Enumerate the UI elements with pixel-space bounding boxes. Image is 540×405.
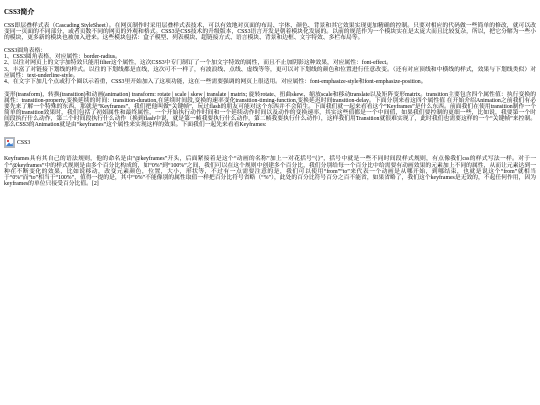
- broken-image-icon: [4, 137, 15, 148]
- document-page: CSS3简介 CSS即层叠样式表（Cascading StyleSheet）。在…: [0, 0, 540, 405]
- page-title: CSS3简介: [4, 8, 536, 16]
- citation-link[interactable]: [2]: [92, 181, 99, 187]
- feature-item-4: 4、在文字下加几个点或打个圈以示着重，CSS3里开始加入了这项功能，这在一些需要…: [4, 79, 536, 85]
- keyframes-paragraph: Keyframes具有其自己的语法规则，他的命名是由“@keyframes”开头…: [4, 156, 536, 186]
- feature-item-3: 3、丰富了对链接下划线的样式。以往的下划线都是直线，这次可不一样了，有波浪线、点…: [4, 67, 536, 79]
- broken-image-alt-text: CSS3: [17, 140, 30, 146]
- intro-paragraph: CSS即层叠样式表（Cascading StyleSheet）。在网页制作时采用…: [4, 23, 536, 41]
- broken-image-row: CSS3: [4, 137, 536, 148]
- keyframes-paragraph-text: Keyframes具有其自己的语法规则，他的命名是由“@keyframes”开头…: [4, 156, 536, 186]
- animation-paragraph: 变形(transform)，转换(transition)和动画(animatio…: [4, 92, 536, 129]
